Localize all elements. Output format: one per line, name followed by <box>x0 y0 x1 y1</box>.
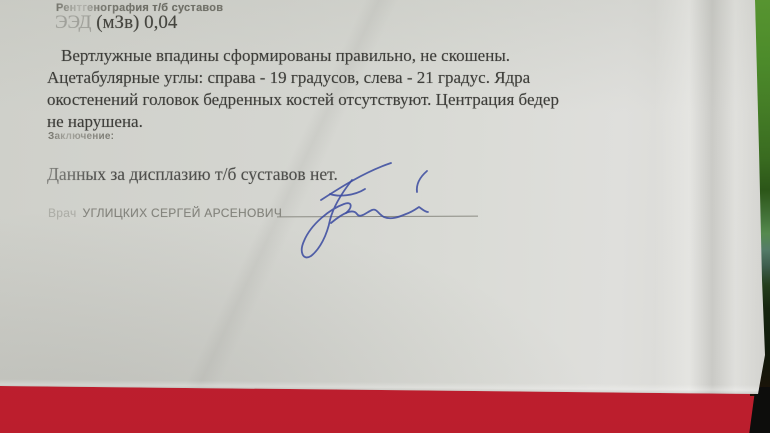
findings-paragraph: Вертлужные впадины сформированы правильн… <box>47 45 559 133</box>
dose-value: (мЗв) 0,04 <box>96 12 177 33</box>
doctor-label: Врач <box>48 206 77 220</box>
findings-line: не нарушена. <box>47 111 559 133</box>
doctor-row: ВрачУГЛИЦКИХ СЕРГЕЙ АРСЕНОВИЧ <box>48 206 282 220</box>
conclusion-label: Заключение: <box>48 131 114 142</box>
doctor-name: УГЛИЦКИХ СЕРГЕЙ АРСЕНОВИЧ <box>83 206 283 220</box>
document-photo: Рентгенография т/б суставов ЭЭД (мЗв) 0,… <box>0 0 770 433</box>
dose-label: ЭЭД <box>55 12 91 33</box>
findings-line: Ацетабулярные углы: справа - 19 градусов… <box>47 67 559 89</box>
paper-sheet: Рентгенография т/б суставов ЭЭД (мЗв) 0,… <box>0 0 770 433</box>
dose-line: ЭЭД (мЗв) 0,04 <box>55 12 177 34</box>
handwritten-signature-ink <box>295 153 440 270</box>
findings-line: Вертлужные впадины сформированы правильн… <box>47 45 559 67</box>
findings-line: окостенений головок бедренных костей отс… <box>47 89 559 111</box>
